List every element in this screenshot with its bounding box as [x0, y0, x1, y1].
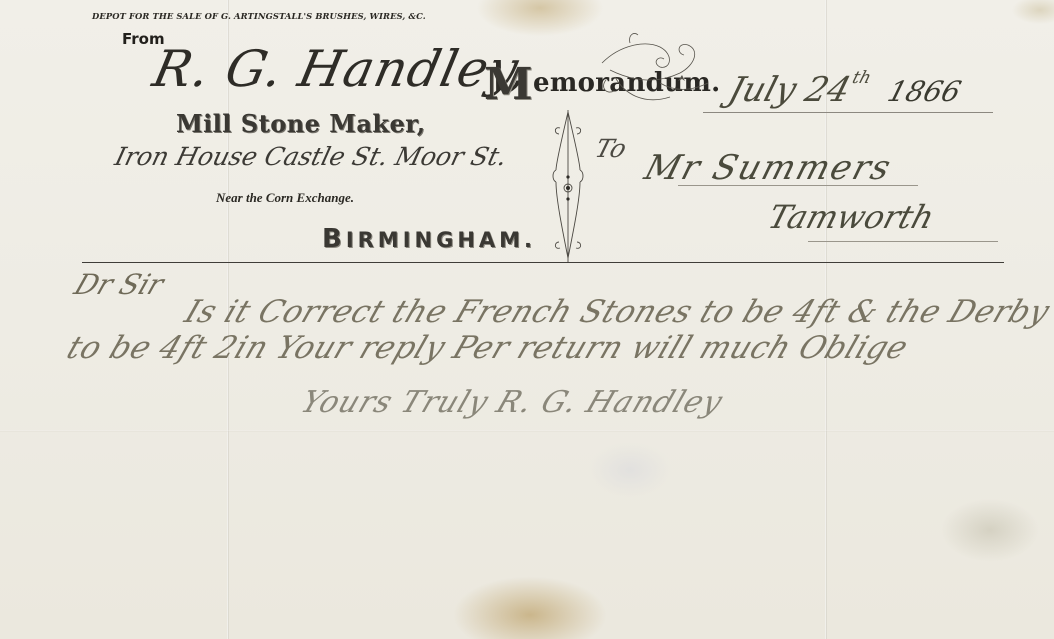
date-year: 1866 — [884, 75, 965, 108]
city-rest: IRMINGHAM. — [346, 228, 536, 252]
flourish-ornament-icon — [600, 25, 710, 115]
vertical-ornament-icon — [550, 108, 586, 264]
trade-title: Mill Stone Maker, — [176, 109, 426, 138]
header-divider — [82, 262, 1004, 263]
depot-line: Depot for the sale of G. Artingstall's B… — [92, 11, 426, 21]
fold-line-horizontal — [0, 430, 1054, 432]
date-main: July 24 — [724, 70, 855, 110]
recipient-rule-2 — [808, 241, 998, 242]
recipient-name: Mr Summers — [640, 148, 897, 188]
memo-initial: M — [484, 63, 533, 107]
sender-address: Iron House Castle St. Moor St. — [112, 142, 510, 171]
closing-signature: Yours Truly R. G. Handley — [296, 385, 728, 420]
body-line-2: to be 4ft 2in Your reply Per return will… — [62, 330, 913, 366]
recipient-place: Tamworth — [764, 198, 939, 236]
sender-name: R. G. Handley, — [148, 40, 534, 98]
to-label: To — [592, 134, 630, 163]
date-field: July 24th1866 — [724, 68, 967, 110]
landmark-line: Near the Corn Exchange. — [216, 190, 354, 206]
body-line-1: Is it Correct the French Stones to be 4f… — [180, 294, 1054, 330]
memorandum-document: Depot for the sale of G. Artingstall's B… — [0, 0, 1054, 639]
salutation: Dr Sir — [70, 268, 168, 301]
city-initial: B — [322, 224, 346, 254]
date-rule — [703, 112, 993, 113]
city-name: BIRMINGHAM. — [322, 224, 536, 254]
